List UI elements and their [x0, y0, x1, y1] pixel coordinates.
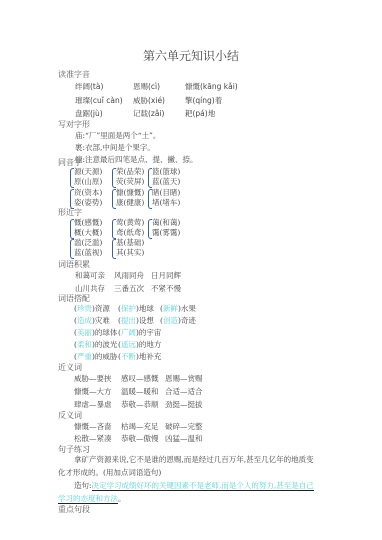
similar-char-group: 慨(感慨) 概(大概): [74, 218, 102, 238]
synonym-pair: 恭敬—恭顺: [121, 399, 159, 410]
sentence-answer-line1: 造句:决定学习成绩好坏的关键因素不是老师,而是个人的努力,甚至是自己: [74, 479, 314, 492]
page-title: 第六单元知识小结: [0, 47, 382, 64]
section-heading-key-passages: 重点句段: [58, 504, 90, 515]
section-heading-antonyms: 反义词: [58, 410, 82, 421]
similar-char-group: 蔼(和蔼) 霭(雾霭): [152, 218, 180, 238]
antonym-pair: 恭敬—傲慢: [121, 433, 159, 444]
pronunciation-item: 耙(pá)地: [185, 108, 215, 119]
synonym-pair: 肆虐—暴虐: [74, 399, 112, 410]
pronunciation-item: 擎(qíng)着: [185, 95, 222, 106]
brace-icon: [70, 189, 74, 209]
collocation-item: (新鲜)水果: [160, 303, 196, 314]
brace-icon: [148, 168, 152, 188]
collocation-item: (遥远)的地方: [118, 339, 161, 350]
pronunciation-item: 绊阔(tà): [75, 81, 103, 92]
vocab-item: 风雨同舟: [114, 270, 144, 281]
vocab-item: 日月同辉: [151, 270, 181, 281]
homophone-group: 篮(篮球) 蓝(蓝天): [152, 167, 180, 187]
synonym-pair: 劲挺—挺拔: [165, 399, 203, 410]
section-heading-similar-chars: 形近字: [58, 207, 82, 218]
brace-icon: [148, 189, 152, 209]
document-page: 第六单元知识小结 读准字音 绊阔(tà) 恩赐(cì) 慷慨(kāng kǎi)…: [0, 0, 382, 540]
collocation-item: (不断)地补充: [118, 351, 161, 362]
homophone-group: 源(天源) 原(山原): [74, 167, 102, 187]
similar-char-group: 莺(黄莺) 鸢(纸鸢): [116, 218, 144, 238]
brace-icon: [112, 219, 116, 239]
brace-icon: [112, 168, 116, 188]
brace-icon: [70, 239, 74, 259]
antonym-pair: 破碎—完整: [165, 421, 203, 432]
section-heading-synonyms: 近义词: [58, 362, 82, 373]
homophone-group: 慷(慷慨) 康(健康): [116, 188, 144, 208]
similar-char-group: 基(基础) 其(其实): [116, 238, 144, 258]
synonym-pair: 慷慨—大方: [74, 386, 112, 397]
synonym-pair: 恩赐—赏赐: [165, 373, 203, 384]
synonym-pair: 威胁—要挟: [74, 373, 112, 384]
collocation-item: (美丽)的球体: [74, 327, 117, 338]
synonym-pair: 温暖—暖和: [121, 386, 159, 397]
pronunciation-item: 盘踞(jù): [75, 108, 103, 119]
pronunciation-item: 威胁(xié): [133, 95, 165, 106]
brace-icon: [148, 219, 152, 239]
character-note: 庙:“厂”里面是两个“土”。: [75, 130, 160, 141]
pronunciation-item: 慷慨(kāng kǎi): [185, 81, 238, 92]
collocation-item: (创造)奇迹: [160, 315, 196, 326]
synonym-pair: 合适—适合: [165, 386, 203, 397]
collocation-item: (造成)灾难: [74, 315, 110, 326]
collocation-item: (柔和)的波光: [74, 339, 117, 350]
pronunciation-item: 璀璨(cuǐ càn): [75, 95, 123, 106]
antonym-pair: 松散—紧凑: [74, 433, 112, 444]
sentence-answer: 决定学习成绩好坏的关键因素不是老师,而是个人的努力,甚至是自己: [92, 481, 314, 491]
brace-icon: [70, 168, 74, 188]
antonym-pair: 凶猛—温和: [165, 433, 203, 444]
homophone-group: 资(资本) 姿(姿势): [74, 188, 102, 208]
character-note: 慷:注意最后四笔是点、提、撇、捺。: [75, 154, 198, 165]
sentence-prompt-line1: 拿矿产资源来说,它不是谁的恩赐,而是经过几百万年,甚至几亿年的地质变: [74, 453, 364, 466]
character-note: 裹:衣部,中间是个果字。: [75, 142, 155, 153]
vocab-item: 和蔼可亲: [75, 270, 105, 281]
antonym-pair: 枯竭—充足: [121, 421, 159, 432]
vocab-item: 不紧不慢: [151, 283, 181, 294]
homophone-group: 睹(目睹) 堵(堵车): [152, 188, 180, 208]
collocation-item: (保护)地球: [118, 303, 154, 314]
sentence-prompt-line2: 化才形成的。(用加点词语造句): [58, 466, 161, 479]
brace-icon: [70, 219, 74, 239]
antonym-pair: 慷慨—吝啬: [74, 421, 112, 432]
synonym-pair: 感叹—感慨: [121, 373, 159, 384]
section-heading-vocab: 词语积累: [58, 259, 90, 270]
collocation-item: (广阔)的宇宙: [118, 327, 161, 338]
pronunciation-item: 恩赐(cì): [133, 81, 160, 92]
brace-icon: [112, 189, 116, 209]
pronunciation-item: 记载(zǎi): [133, 108, 164, 119]
collocation-item: (提出)设想: [118, 315, 154, 326]
collocation-item: (珍贵)资源: [74, 303, 110, 314]
collocation-item: (严重)的威胁: [74, 351, 117, 362]
vocab-item: 三番五次: [114, 283, 144, 294]
brace-icon: [112, 239, 116, 259]
section-heading-pronunciation: 读准字音: [58, 69, 90, 80]
similar-char-group: 滥(泛滥) 蓝(蓝视): [74, 238, 102, 258]
homophone-group: 荣(品荣) 荧(荧屏): [116, 167, 144, 187]
section-heading-characters: 写对字形: [58, 119, 90, 130]
